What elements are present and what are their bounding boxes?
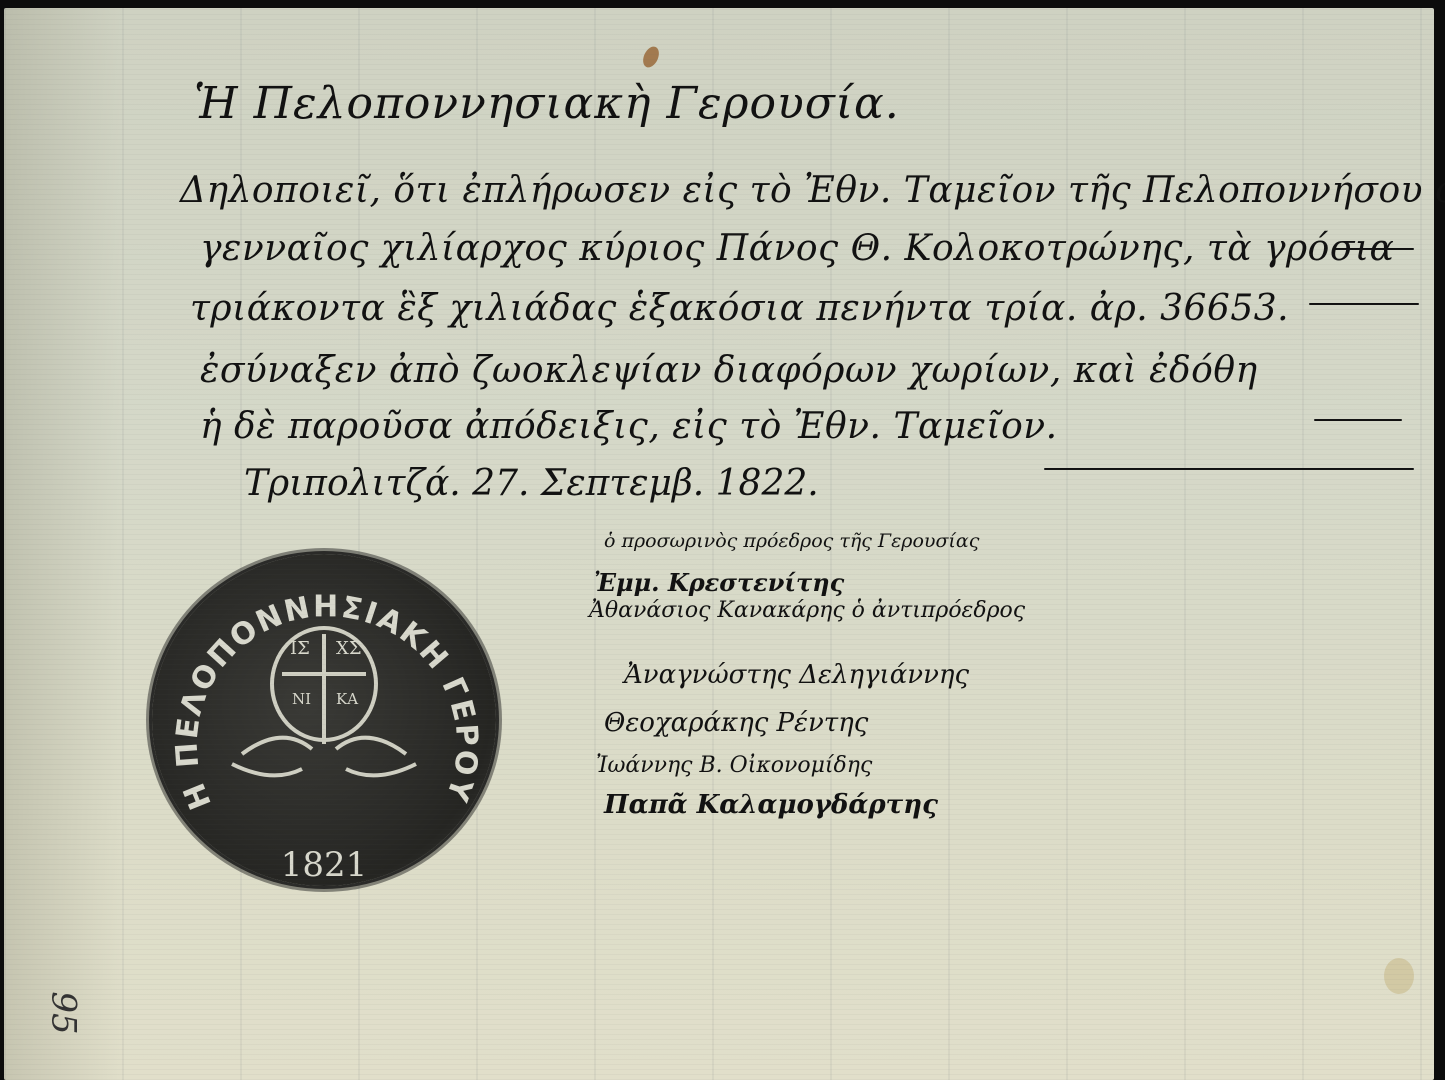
paper-stain bbox=[640, 44, 662, 70]
svg-text:ΙΣ: ΙΣ bbox=[290, 638, 310, 659]
line-filler-rule bbox=[1044, 468, 1414, 470]
signature-5: Ἰωάννης Β. Οἰκονομίδης bbox=[596, 753, 872, 778]
svg-text:Η ΠΕΛΟΠΟΝΝΗΣΙΑΚΗ ΓΕΡΟΥΣΙΑ: Η ΠΕΛΟΠΟΝΝΗΣΙΑΚΗ ΓΕΡΟΥΣΙΑ bbox=[152, 554, 484, 814]
date-line: Τριπολιτζά. 27. Σεπτεμβ. 1822. bbox=[244, 463, 819, 504]
line-filler-rule bbox=[1334, 248, 1414, 250]
document-paper: Ἡ Πελοποννησιακὴ Γερουσία. Δηλοποιεῖ, ὅτ… bbox=[4, 8, 1434, 1080]
signature-3: Ἀναγνώστης Δεληγιάννης bbox=[624, 660, 969, 690]
svg-text:ΝΙ: ΝΙ bbox=[292, 690, 311, 708]
signature-line-president-title: ὁ προσωρινὸς πρόεδρος τῆς Γερουσίας bbox=[604, 530, 979, 552]
signature-4: Θεοχαράκης Ρέντης bbox=[604, 708, 868, 738]
body-line-2: γενναῖος χιλίαρχος κύριος Πάνος Θ. Κολοκ… bbox=[200, 228, 1394, 269]
body-line-4: ἐσύναξεν ἀπὸ ζωοκλεψίαν διαφόρων χωρίων,… bbox=[200, 350, 1258, 391]
senate-seal: Η ΠΕΛΟΠΟΝΝΗΣΙΑΚΗ ΓΕΡΟΥΣΙΑ 1821 ΙΣ ΧΣ ΝΙ … bbox=[152, 554, 496, 886]
svg-text:1821: 1821 bbox=[281, 845, 368, 885]
signature-1: Ἐμμ. Κρεστενίτης bbox=[594, 568, 844, 597]
document-title: Ἡ Πελοποννησιακὴ Γερουσία. bbox=[194, 78, 900, 129]
body-line-1: Δηλοποιεῖ, ὅτι ἐπλήρωσεν εἰς τὸ Ἐθν. Ταμ… bbox=[180, 170, 1445, 211]
body-line-3: τριάκοντα ἓξ χιλιάδας ἑξακόσια πενήντα τ… bbox=[190, 288, 1289, 329]
svg-text:ΧΣ: ΧΣ bbox=[336, 638, 362, 659]
signature-6: Παπᾶ Καλαμογδάρτης bbox=[604, 790, 938, 820]
svg-text:ΚΑ: ΚΑ bbox=[336, 690, 358, 708]
folio-number: 95 bbox=[44, 991, 84, 1034]
line-filler-rule bbox=[1309, 303, 1419, 305]
signature-2: Ἀθανάσιος Κανακάρης ὁ ἀντιπρόεδρος bbox=[589, 598, 1025, 623]
line-filler-rule bbox=[1314, 419, 1402, 421]
seal-emblem-icon: Η ΠΕΛΟΠΟΝΝΗΣΙΑΚΗ ΓΕΡΟΥΣΙΑ 1821 ΙΣ ΧΣ ΝΙ … bbox=[152, 554, 496, 886]
body-line-5: ἡ δὲ παροῦσα ἀπόδειξις, εἰς τὸ Ἐθν. Ταμε… bbox=[200, 406, 1058, 447]
paper-stain bbox=[1384, 958, 1414, 994]
